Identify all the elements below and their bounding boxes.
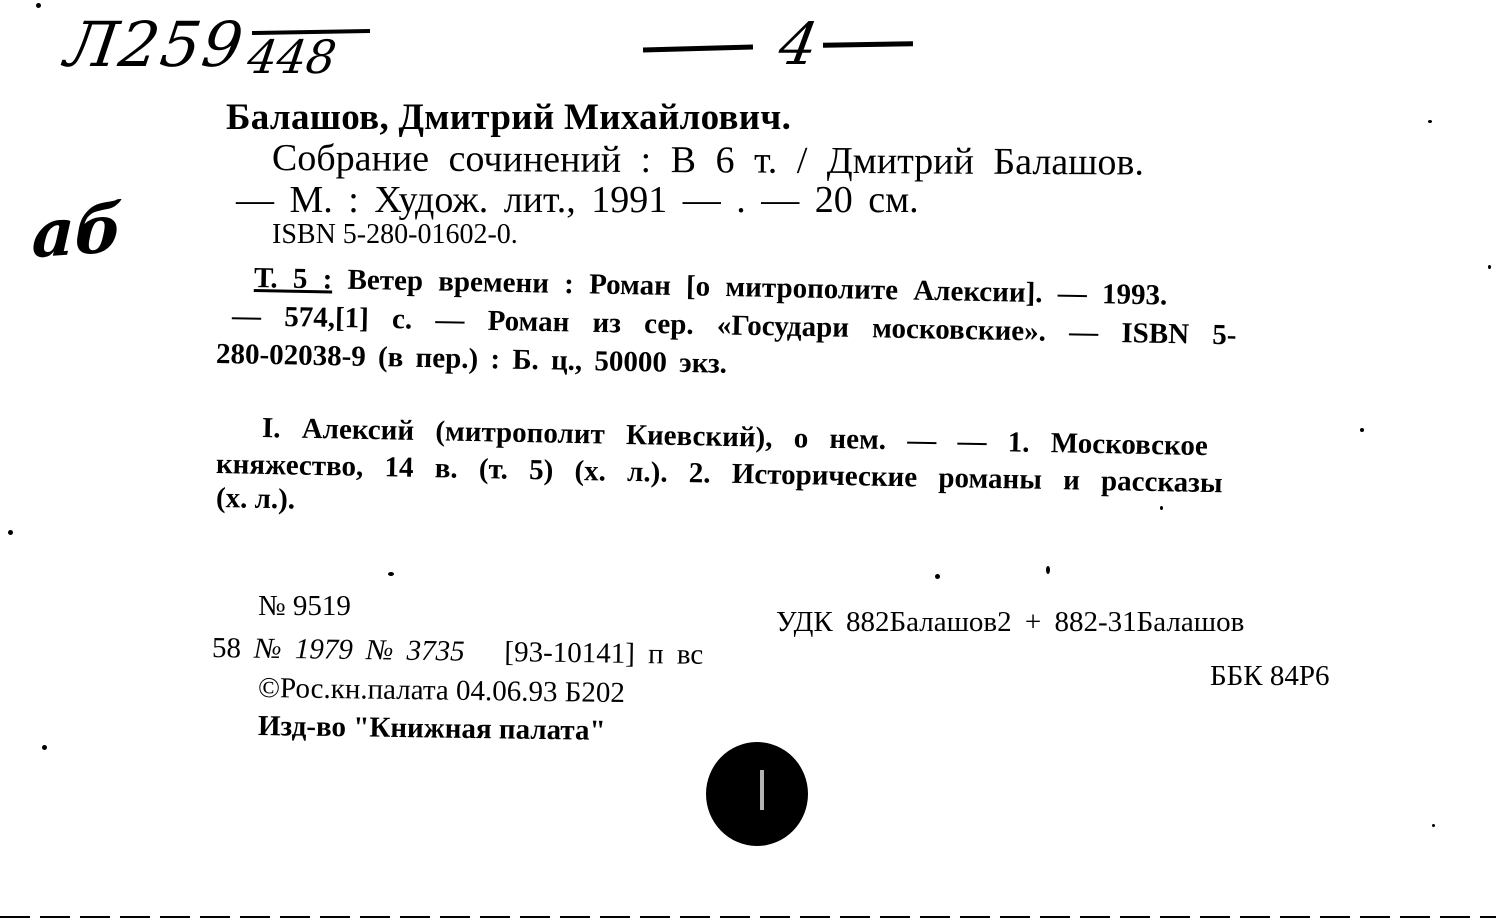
scan-speck <box>36 3 41 8</box>
scan-speck <box>1160 506 1163 510</box>
volume-isbn-price: 280-02038-9 (в пер.) : Б. ц., 50000 экз. <box>216 338 728 381</box>
publication-statement: — М. : Худож. лит., 1991 — . — 20 см. <box>236 178 919 222</box>
page-marker-dash-left <box>643 45 753 53</box>
hole-punch-glint <box>760 770 764 810</box>
scan-speck <box>935 574 940 579</box>
handwritten-call-number-sub: 448 <box>244 30 339 84</box>
registration-suffix: [93-10141] п вс <box>504 636 703 671</box>
scan-speck <box>1046 566 1050 574</box>
set-isbn: ISBN 5-280-01602-0. <box>272 219 518 251</box>
handwritten-page-marker: 4 <box>774 10 823 78</box>
card-publisher: Изд-во "Книжная палата" <box>258 710 606 748</box>
registration-numbers: 58 № 1979 № 3735 [93-10141] п вс <box>212 632 704 672</box>
volume-label: Т. 5 : <box>254 262 333 295</box>
handwritten-margin-mark: аб <box>31 189 124 274</box>
card-number: № 9519 <box>258 590 351 623</box>
card-bottom-edge <box>0 916 1496 918</box>
registration-prefix: 58 <box>212 632 241 664</box>
page-marker-dash-right <box>823 41 913 48</box>
copyright-line: ©Рос.кн.палата 04.06.93 Б202 <box>258 672 625 710</box>
scan-speck <box>1360 428 1364 432</box>
hole-punch <box>706 742 808 846</box>
registration-number: № 1979 № 3735 <box>254 633 465 668</box>
scan-speck <box>1428 120 1432 123</box>
scan-speck <box>8 530 13 535</box>
scan-speck <box>388 572 394 576</box>
author-heading: Балашов, Дмитрий Михайлович. <box>226 96 791 139</box>
scan-speck <box>1432 824 1435 827</box>
subject-line-3: (х. л.). <box>216 482 296 517</box>
udk-classification: УДК 882Балашов2 + 882-31Балашов <box>776 606 1244 639</box>
scan-speck <box>42 745 47 750</box>
bbk-classification: ББК 84Р6 <box>1210 660 1330 693</box>
scan-speck <box>1488 265 1491 269</box>
handwritten-call-number: Л259 <box>61 8 249 81</box>
